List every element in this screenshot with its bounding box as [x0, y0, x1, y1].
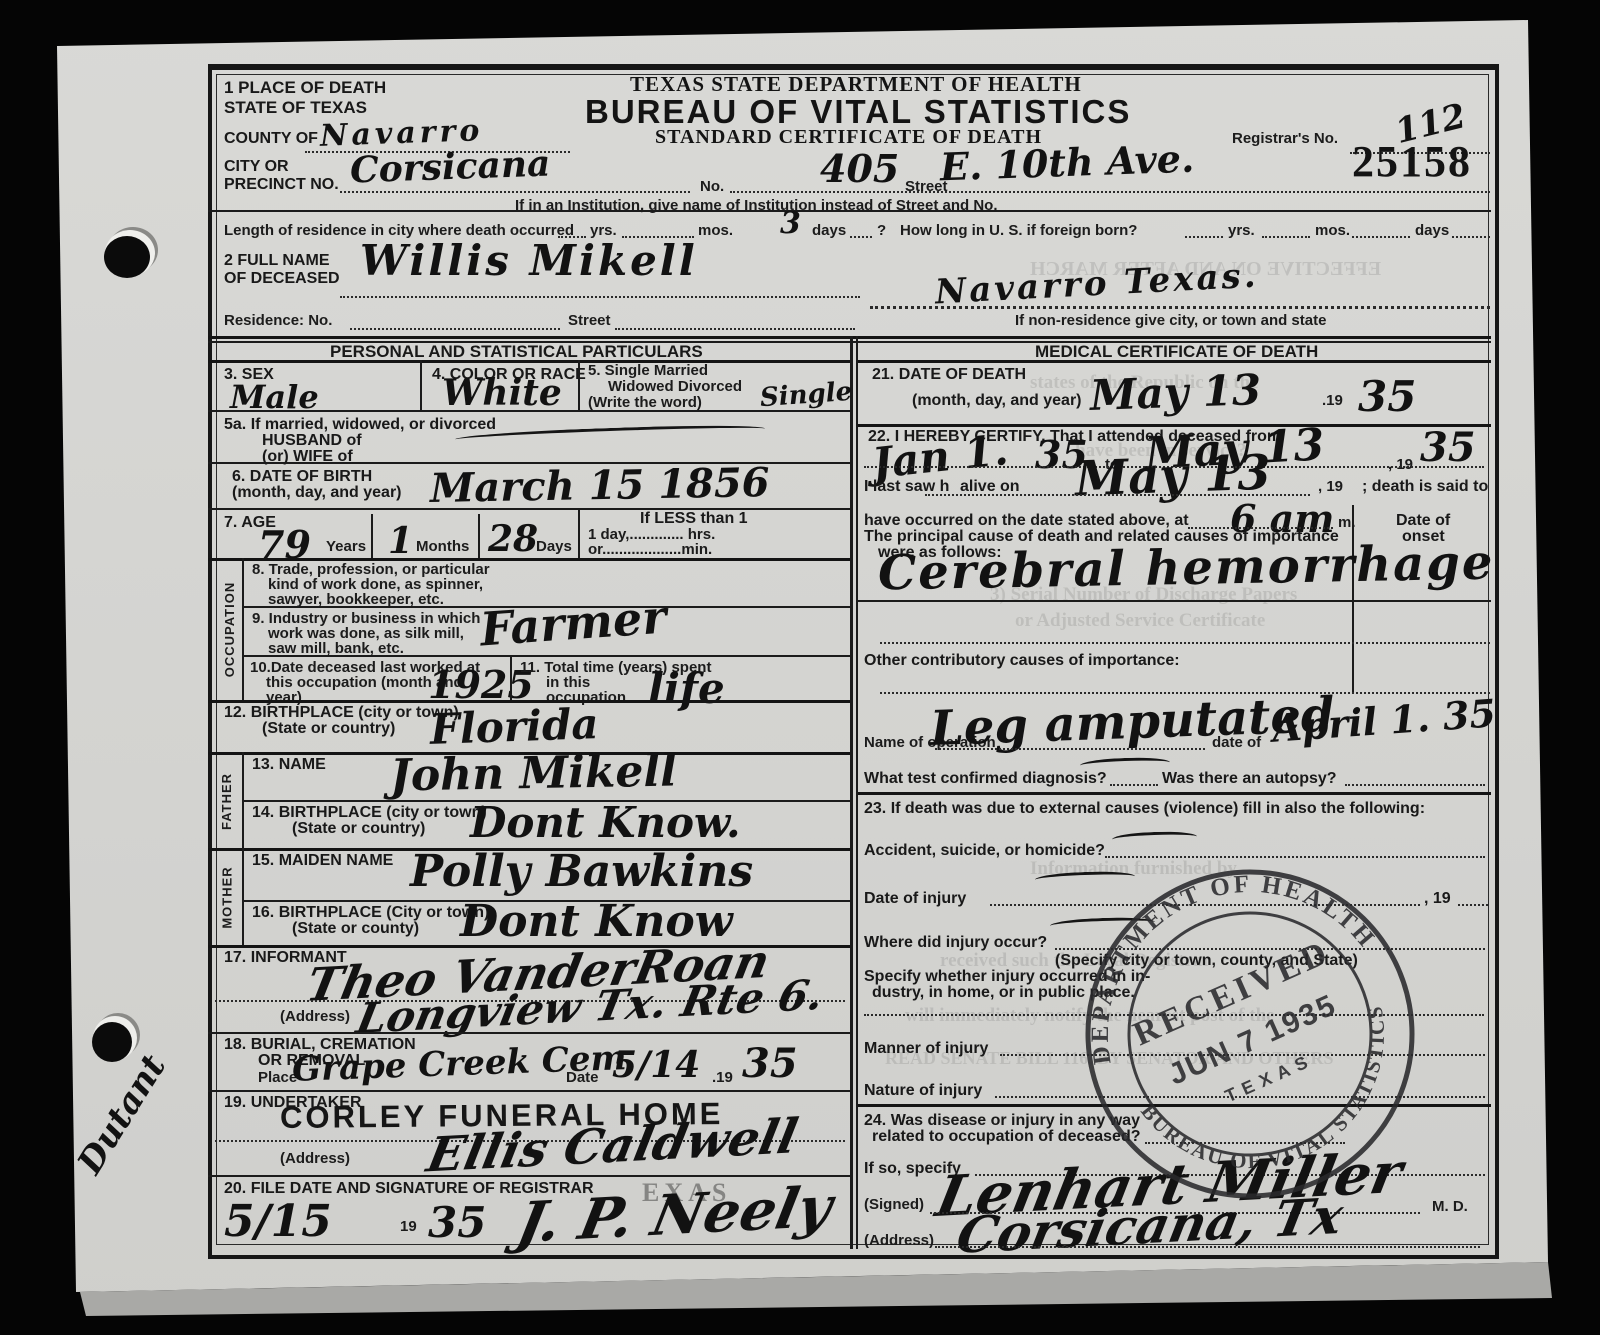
undertaker-address-label: (Address): [280, 1150, 350, 1167]
mother-birthplace-label-2: (State or county): [292, 920, 419, 938]
street-rule: [730, 191, 1490, 193]
death-year-prefix: .19: [1322, 392, 1343, 409]
right-title-rule: [858, 360, 1491, 363]
cell-divider: [510, 655, 512, 700]
nonresidence-note: If non-residence give city, or town and …: [1015, 312, 1326, 329]
injury-where-label: Where did injury occur?: [864, 934, 1047, 952]
mos2-label: mos.: [1315, 222, 1350, 239]
row-rule: [208, 508, 850, 510]
burial-date-value: 5/14: [612, 1044, 700, 1086]
father-birthplace-label-2: (State or country): [292, 820, 425, 838]
street-no-value: 405: [820, 146, 899, 191]
dob-sublabel: (month, day, and year): [232, 484, 402, 502]
informant-address-label: (Address): [280, 1008, 350, 1025]
accident-label: Accident, suicide, or homicide?: [864, 842, 1105, 860]
city-value: Corsicana: [349, 143, 551, 192]
marital-label-3: (Write the word): [588, 394, 702, 411]
father-group-label: FATHER: [219, 773, 234, 830]
dob-value: March 15 1856: [430, 459, 770, 512]
contributory-label: Other contributory causes of importance:: [864, 652, 1180, 670]
last-saw-label-3: ; death is said to: [1362, 478, 1488, 496]
file-year-value: 35: [428, 1198, 486, 1247]
certificate-number-stamp: 25158: [1352, 136, 1472, 187]
father-name-label: 13. NAME: [252, 756, 326, 774]
father-name-value: John Mikell: [390, 746, 678, 802]
burial-year-prefix: .19: [712, 1069, 733, 1086]
marital-value: Single: [759, 377, 853, 413]
street-no-label: No.: [700, 178, 724, 195]
right-column-title: MEDICAL CERTIFICATE OF DEATH: [1035, 342, 1318, 362]
birthplace-value: Florida: [429, 699, 599, 754]
mos-label: mos.: [698, 222, 733, 239]
leader: [850, 236, 872, 238]
marital-label-1: 5. Single Married: [588, 362, 708, 379]
leader: [1110, 784, 1158, 786]
age-years-label: Years: [326, 538, 366, 555]
residence-street-label: Street: [568, 312, 611, 329]
father-birthplace-value: Dont Know.: [470, 798, 741, 847]
cell-divider: [420, 360, 422, 410]
leader: [615, 328, 855, 330]
gutter-divider: [242, 848, 244, 945]
marital-label-2: Widowed Divorced: [608, 378, 742, 395]
column-divider: [850, 336, 853, 1249]
mother-group-label: MOTHER: [220, 866, 235, 928]
date-of-death-label: 21. DATE OF DEATH: [872, 366, 1026, 384]
date-of-death-value: May 13: [1089, 365, 1262, 420]
cell-divider: [578, 360, 580, 410]
registrar-no-label: Registrar's No.: [1232, 130, 1338, 147]
maiden-name-value: Polly Bawkins: [410, 846, 753, 897]
yrs2-label: yrs.: [1228, 222, 1255, 239]
street-value: E. 10th Ave.: [939, 136, 1195, 190]
birthplace-label-2: (State or country): [262, 720, 395, 738]
physician-address-label: (Address): [864, 1232, 934, 1249]
age-months-label: Months: [416, 538, 469, 555]
onset-divider: [1352, 505, 1354, 692]
attended-year-prefix: , 19: [1388, 456, 1413, 473]
leader: [1185, 236, 1223, 238]
city-rule: [340, 191, 690, 193]
nonresidence-rule: [870, 306, 1490, 309]
cell-divider: [478, 514, 480, 558]
foreign-born-label: How long in U. S. if foreign born?: [900, 222, 1137, 239]
if-less-label-3: or...................min.: [588, 541, 712, 558]
file-date-value: 5/15: [224, 1196, 332, 1247]
binder-hole-top: [104, 236, 150, 278]
precinct-no-label: PRECINCT NO.: [224, 176, 339, 194]
leader: [1345, 784, 1485, 786]
row-rule: [208, 1175, 850, 1177]
age-days-value: 28: [488, 518, 538, 560]
age-months-value: 1: [388, 520, 413, 562]
operation-date-label: date of: [1212, 734, 1261, 751]
question-mark: ?: [877, 222, 886, 239]
place-of-death-label: 1 PLACE OF DEATH: [224, 78, 386, 98]
cell-divider: [371, 514, 373, 558]
row-rule: [242, 655, 850, 657]
burial-year-value: 35: [742, 1040, 798, 1087]
occupation-related-label-2: related to occupation of deceased?: [872, 1128, 1141, 1146]
binder-hole-bottom: [92, 1022, 132, 1062]
fullname-value: Willis Mikell: [360, 236, 698, 285]
burial-date-label: Date: [566, 1069, 599, 1086]
leader: [1262, 236, 1310, 238]
leader: [935, 1246, 1480, 1248]
death-year-value: 35: [1358, 372, 1416, 421]
row-rule: [208, 410, 850, 412]
nature-of-injury-label: Nature of injury: [864, 1082, 982, 1100]
row-rule: [858, 600, 1491, 602]
manner-of-injury-label: Manner of injury: [864, 1040, 988, 1058]
maiden-name-label: 15. MAIDEN NAME: [252, 852, 393, 870]
cell-divider: [578, 508, 580, 558]
photographed-death-certificate: Dutant EFFECTIVE ON AND AFTER MARCH stat…: [0, 0, 1600, 1335]
color-race-value: White: [442, 372, 562, 414]
file-year-prefix: 19: [400, 1218, 417, 1235]
days-label: days: [812, 222, 846, 239]
cause-of-death-value: Cerebral hemorrhage: [878, 535, 1495, 602]
fullname-label-1: 2 FULL NAME: [224, 252, 329, 270]
leader: [1458, 904, 1488, 906]
age-days-label: Days: [536, 538, 572, 555]
signed-label: (Signed): [864, 1196, 924, 1213]
state-of-texas-label: STATE OF TEXAS: [224, 98, 367, 118]
row-rule: [208, 1032, 850, 1034]
last-saw-year-prefix: , 19: [1318, 478, 1343, 495]
occupation-group-label: OCCUPATION: [222, 582, 237, 677]
residence-days-value: 3: [780, 206, 801, 241]
row-rule: [935, 748, 1205, 750]
md-label: M. D.: [1432, 1198, 1468, 1215]
row-rule: [208, 1090, 850, 1092]
total-time-value: life: [648, 664, 725, 713]
county-label: COUNTY OF: [224, 130, 318, 148]
autopsy-label: Was there an autopsy?: [1162, 770, 1337, 788]
test-label: What test confirmed diagnosis?: [864, 770, 1107, 788]
left-title-rule: [208, 360, 850, 363]
row-rule: [880, 642, 1490, 644]
fullname-rule: [340, 296, 860, 298]
injury-19-label: , 19: [1424, 890, 1451, 908]
city-or-label: CITY OR: [224, 158, 289, 176]
days2-label: days: [1415, 222, 1449, 239]
leader: [1452, 236, 1490, 238]
leader: [1352, 236, 1410, 238]
date-of-death-sublabel: (month, day, and year): [912, 392, 1082, 410]
attended-to-year: 35: [1420, 424, 1476, 471]
leader: [350, 328, 560, 330]
residence-no-label: Residence: No.: [224, 312, 332, 329]
header-rule: [208, 210, 1491, 212]
row-rule: [858, 792, 1491, 795]
gutter-divider: [242, 558, 244, 700]
left-column-title: PERSONAL AND STATISTICAL PARTICULARS: [330, 342, 703, 362]
injury-date-label: Date of injury: [864, 890, 966, 908]
fullname-label-2: OF DECEASED: [224, 270, 340, 288]
